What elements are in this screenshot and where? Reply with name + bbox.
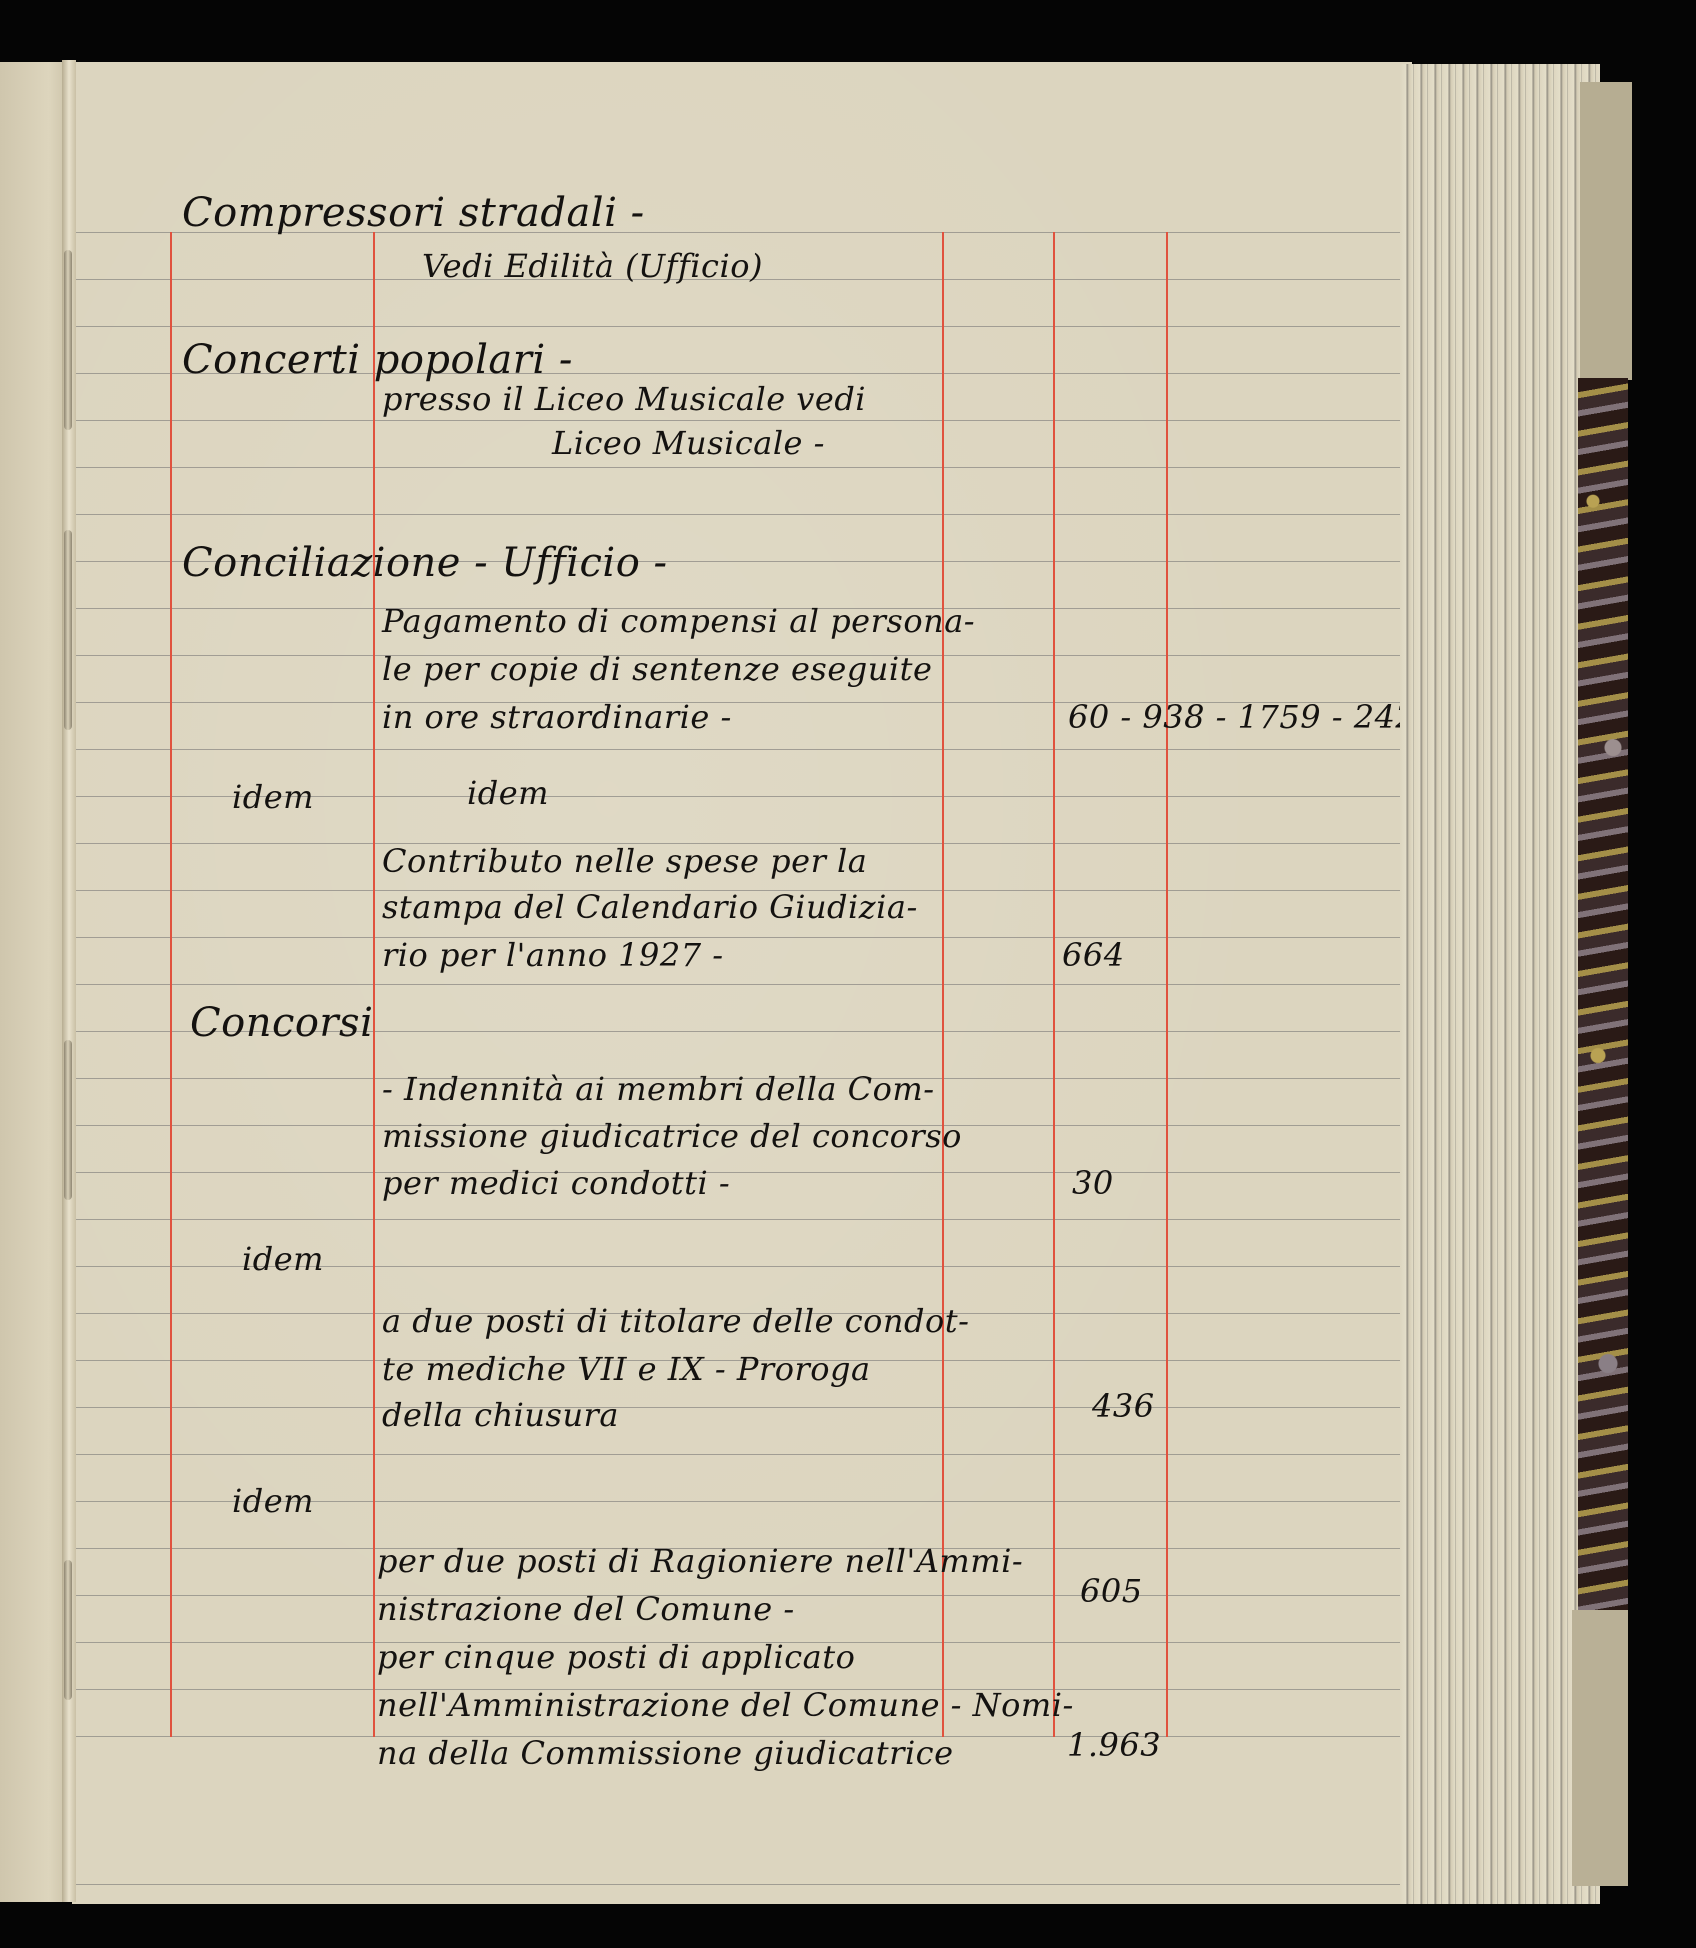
entry-subheading: idem xyxy=(467,774,549,812)
ruled-line xyxy=(72,984,1400,985)
red-margin-rule xyxy=(170,232,172,1737)
ruled-line xyxy=(72,326,1400,327)
marbled-cover xyxy=(1578,378,1628,1610)
red-column-rule xyxy=(942,232,944,1737)
red-column-rule xyxy=(1053,232,1055,1737)
ruled-line xyxy=(72,749,1400,750)
page-reference-number: 664 xyxy=(1062,936,1125,974)
entry-heading: Concerti popolari - xyxy=(182,337,573,383)
page-reference-number: 605 xyxy=(1080,1572,1143,1610)
vellum-corner-top xyxy=(1580,82,1632,380)
ruled-line xyxy=(72,1219,1400,1220)
page-edge-stack xyxy=(1400,64,1600,1904)
entry-line: per due posti di Ragioniere nell'Ammi- xyxy=(377,1542,1023,1580)
binding-stitch xyxy=(64,1560,72,1700)
vellum-corner-bottom xyxy=(1572,1610,1628,1886)
entry-line: - Indennità ai membri della Com- xyxy=(382,1070,935,1108)
page-reference-numbers: 60 - 938 - 1759 - 2423 xyxy=(1068,698,1437,736)
ruled-line xyxy=(72,1884,1400,1885)
entry-line: stampa del Calendario Giudizia- xyxy=(382,888,918,926)
ruled-line xyxy=(72,514,1400,515)
entry-line: nell'Amministrazione del Comune - Nomi- xyxy=(377,1686,1074,1724)
page-reference-number: 30 xyxy=(1072,1164,1114,1202)
ledger-page: Compressori stradali - Vedi Edilità (Uff… xyxy=(72,62,1412,1904)
ruled-line xyxy=(72,1407,1400,1408)
entry-line: in ore straordinarie - xyxy=(382,698,732,736)
entry-line: Liceo Musicale - xyxy=(552,424,825,462)
entry-heading: Compressori stradali - xyxy=(182,190,645,236)
scan-background: Compressori stradali - Vedi Edilità (Uff… xyxy=(0,0,1696,1948)
entry-line: per cinque posti di applicato xyxy=(377,1638,855,1676)
entry-line: le per copie di sentenze eseguite xyxy=(382,650,932,688)
ruled-line xyxy=(72,1172,1400,1173)
entry-heading: idem xyxy=(242,1240,324,1278)
entry-heading: idem xyxy=(232,778,314,816)
entry-line: te mediche VII e IX - Proroga xyxy=(382,1350,871,1388)
entry-line: rio per l'anno 1927 - xyxy=(382,936,724,974)
binding-stitch xyxy=(64,1040,72,1200)
red-margin-rule xyxy=(373,232,375,1737)
ruled-line xyxy=(72,937,1400,938)
entry-line: na della Commissione giudicatrice xyxy=(377,1734,954,1772)
entry-line: presso il Liceo Musicale vedi xyxy=(382,380,866,418)
entry-heading: idem xyxy=(232,1482,314,1520)
entry-heading: Conciliazione - Ufficio - xyxy=(182,540,668,586)
ruled-line xyxy=(72,1454,1400,1455)
ruled-line xyxy=(72,420,1400,421)
ruled-line xyxy=(72,467,1400,468)
entry-heading: Concorsi xyxy=(190,1000,373,1046)
page-reference-number: 1.963 xyxy=(1067,1726,1161,1764)
entry-line: missione giudicatrice del concorso xyxy=(382,1117,962,1155)
left-page-edge xyxy=(0,62,70,1902)
entry-line: per medici condotti - xyxy=(382,1164,730,1202)
page-reference-number: 436 xyxy=(1092,1387,1155,1425)
binding-stitch xyxy=(64,530,72,730)
entry-line: nistrazione del Comune - xyxy=(377,1590,795,1628)
entry-line: Contributo nelle spese per la xyxy=(382,842,867,880)
entry-line: a due posti di titolare delle condot- xyxy=(382,1302,969,1340)
red-column-rule xyxy=(1166,232,1168,1737)
entry-line: Pagamento di compensi al persona- xyxy=(382,602,975,640)
entry-line: Vedi Edilità (Ufficio) xyxy=(422,247,763,285)
entry-line: della chiusura xyxy=(382,1396,619,1434)
binding-stitch xyxy=(64,250,72,430)
